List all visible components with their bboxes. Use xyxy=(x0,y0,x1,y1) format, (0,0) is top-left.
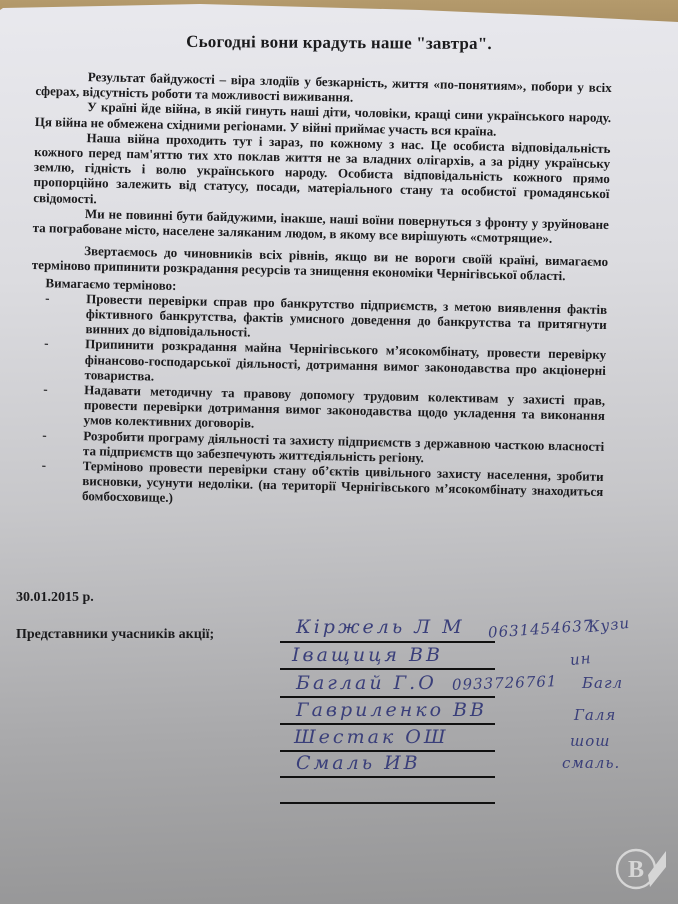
dash-bullet: - xyxy=(43,381,48,396)
representatives-label: Представники учасників акції; xyxy=(16,627,214,642)
dash-bullet: - xyxy=(42,427,47,442)
signature-mark: ин xyxy=(569,651,592,668)
signature-mark: Галя xyxy=(574,708,616,723)
signature-line xyxy=(280,802,495,804)
signature-name: Гавриленко ВВ xyxy=(296,703,487,718)
watermark-logo-icon: B xyxy=(614,845,672,893)
document-date: 30.01.2015 р. xyxy=(16,590,94,605)
signature-mark: смаль. xyxy=(562,756,620,771)
signature-name: Іващиця ВВ xyxy=(292,648,443,663)
dash-bullet: - xyxy=(45,290,50,305)
dash-bullet: - xyxy=(44,336,49,351)
paragraph: Наша війна проходить тут і зараз, по кож… xyxy=(33,129,610,217)
document: Сьогодні вони крадуть наше "завтра". Рез… xyxy=(0,0,678,904)
signature-phone: 0631454637 xyxy=(488,618,594,641)
signature-line xyxy=(280,668,495,670)
svg-text:B: B xyxy=(628,857,644,883)
signature-line xyxy=(280,776,495,778)
signature-mark: Багл xyxy=(582,676,623,691)
signature-name: Баглай Г.О xyxy=(296,676,437,691)
demands-list: -Провести перевірки справ про банкрутств… xyxy=(27,290,607,515)
dash-bullet: - xyxy=(42,457,47,472)
signature-name: Кіржель Л М xyxy=(296,620,465,635)
signature-line xyxy=(280,641,495,643)
signature-line xyxy=(280,723,495,725)
document-title: Сьогодні вони крадуть наше "завтра". xyxy=(0,33,678,53)
signature-phone: 0933726761 xyxy=(452,674,558,693)
signature-name: Шестак ОШ xyxy=(294,730,449,745)
signature-mark: Кузи xyxy=(587,616,631,636)
signature-line xyxy=(280,696,495,698)
document-body: Результат байдужості – віра злодіїв у бе… xyxy=(27,68,612,515)
signature-mark: шош xyxy=(570,734,610,749)
signature-name: Смаль ИВ xyxy=(296,756,421,771)
